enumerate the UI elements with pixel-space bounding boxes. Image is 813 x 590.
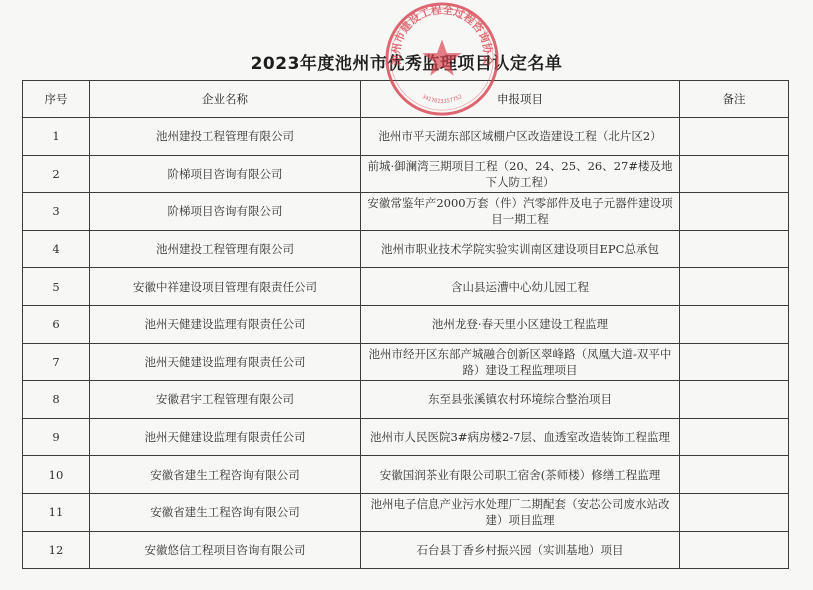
cell-company: 安徽省建生工程咨询有限公司: [90, 456, 361, 494]
cell-remarks: [680, 456, 789, 494]
table-row: 7 池州天健建设监理有限责任公司 池州市经开区东部产城融合创新区翠峰路（凤凰大道…: [23, 343, 789, 381]
header-remarks: 备注: [680, 81, 789, 118]
cell-company: 池州天健建设监理有限责任公司: [90, 343, 361, 381]
cell-company: 安徽君宇工程管理有限公司: [90, 381, 361, 419]
cell-seq: 9: [23, 418, 90, 456]
cell-project: 池州市人民医院3#病房楼2-7层、血透室改造装饰工程监理: [361, 418, 680, 456]
table-header-row: 序号 企业名称 申报项目 备注: [23, 81, 789, 118]
cell-project: 池州市职业技术学院实验实训南区建设项目EPC总承包: [361, 230, 680, 268]
cell-seq: 1: [23, 118, 90, 156]
cell-seq: 8: [23, 381, 90, 419]
cell-seq: 4: [23, 230, 90, 268]
cell-project: 池州电子信息产业污水处理厂二期配套（安芯公司废水站改建）项目监理: [361, 493, 680, 531]
cell-company: 池州天健建设监理有限责任公司: [90, 418, 361, 456]
cell-remarks: [680, 305, 789, 343]
cell-project: 含山县运漕中心幼儿园工程: [361, 268, 680, 306]
table-row: 1 池州建投工程管理有限公司 池州市平天湖东部区域棚户区改造建设工程（北片区2）: [23, 118, 789, 156]
document-page: 2023年度池州市优秀监理项目认定名单 序号 企业名称 申报项目 备注 1 池州…: [0, 0, 813, 590]
cell-seq: 2: [23, 155, 90, 193]
table-row: 2 阶梯项目咨询有限公司 前城·御澜湾三期项目工程（20、24、25、26、27…: [23, 155, 789, 193]
document-title: 2023年度池州市优秀监理项目认定名单: [0, 49, 813, 74]
cell-company: 安徽悠信工程项目咨询有限公司: [90, 531, 361, 569]
cell-seq: 5: [23, 268, 90, 306]
cell-remarks: [680, 418, 789, 456]
header-company: 企业名称: [90, 81, 361, 118]
table-row: 11 安徽省建生工程咨询有限公司 池州电子信息产业污水处理厂二期配套（安芯公司废…: [23, 493, 789, 531]
cell-remarks: [680, 193, 789, 231]
cell-company: 池州天健建设监理有限责任公司: [90, 305, 361, 343]
table-row: 6 池州天健建设监理有限责任公司 池州龙登·春天里小区建设工程监理: [23, 305, 789, 343]
table-row: 9 池州天健建设监理有限责任公司 池州市人民医院3#病房楼2-7层、血透室改造装…: [23, 418, 789, 456]
cell-remarks: [680, 155, 789, 193]
table-row: 10 安徽省建生工程咨询有限公司 安徽国润茶业有限公司职工宿舍(茶师楼）修缮工程…: [23, 456, 789, 494]
cell-project: 池州市经开区东部产城融合创新区翠峰路（凤凰大道-双平中路）建设工程监理项目: [361, 343, 680, 381]
cell-project: 池州龙登·春天里小区建设工程监理: [361, 305, 680, 343]
table-row: 3 阶梯项目咨询有限公司 安徽常鉴年产2000万套（件）汽零部件及电子元器件建设…: [23, 193, 789, 231]
cell-remarks: [680, 343, 789, 381]
cell-seq: 10: [23, 456, 90, 494]
cell-company: 阶梯项目咨询有限公司: [90, 155, 361, 193]
cell-project: 前城·御澜湾三期项目工程（20、24、25、26、27#楼及地下人防工程）: [361, 155, 680, 193]
cell-project: 池州市平天湖东部区域棚户区改造建设工程（北片区2）: [361, 118, 680, 156]
header-project: 申报项目: [361, 81, 680, 118]
cell-seq: 7: [23, 343, 90, 381]
cell-company: 安徽省建生工程咨询有限公司: [90, 493, 361, 531]
cell-project: 安徽常鉴年产2000万套（件）汽零部件及电子元器件建设项目一期工程: [361, 193, 680, 231]
table-row: 4 池州建投工程管理有限公司 池州市职业技术学院实验实训南区建设项目EPC总承包: [23, 230, 789, 268]
cell-remarks: [680, 230, 789, 268]
table-row: 12 安徽悠信工程项目咨询有限公司 石台县丁香乡村振兴园（实训基地）项目: [23, 531, 789, 569]
cell-project: 安徽国润茶业有限公司职工宿舍(茶师楼）修缮工程监理: [361, 456, 680, 494]
cell-seq: 3: [23, 193, 90, 231]
table-row: 8 安徽君宇工程管理有限公司 东至县张溪镇农村环境综合整治项目: [23, 381, 789, 419]
cell-project: 石台县丁香乡村振兴园（实训基地）项目: [361, 531, 680, 569]
cell-remarks: [680, 493, 789, 531]
cell-remarks: [680, 531, 789, 569]
cell-remarks: [680, 118, 789, 156]
table-row: 5 安徽中祥建设项目管理有限责任公司 含山县运漕中心幼儿园工程: [23, 268, 789, 306]
cell-seq: 6: [23, 305, 90, 343]
cell-seq: 12: [23, 531, 90, 569]
cell-seq: 11: [23, 493, 90, 531]
award-list-table: 序号 企业名称 申报项目 备注 1 池州建投工程管理有限公司 池州市平天湖东部区…: [22, 80, 789, 569]
cell-company: 池州建投工程管理有限公司: [90, 118, 361, 156]
cell-company: 阶梯项目咨询有限公司: [90, 193, 361, 231]
cell-project: 东至县张溪镇农村环境综合整治项目: [361, 381, 680, 419]
cell-remarks: [680, 381, 789, 419]
cell-company: 池州建投工程管理有限公司: [90, 230, 361, 268]
cell-company: 安徽中祥建设项目管理有限责任公司: [90, 268, 361, 306]
cell-remarks: [680, 268, 789, 306]
header-seq: 序号: [23, 81, 90, 118]
